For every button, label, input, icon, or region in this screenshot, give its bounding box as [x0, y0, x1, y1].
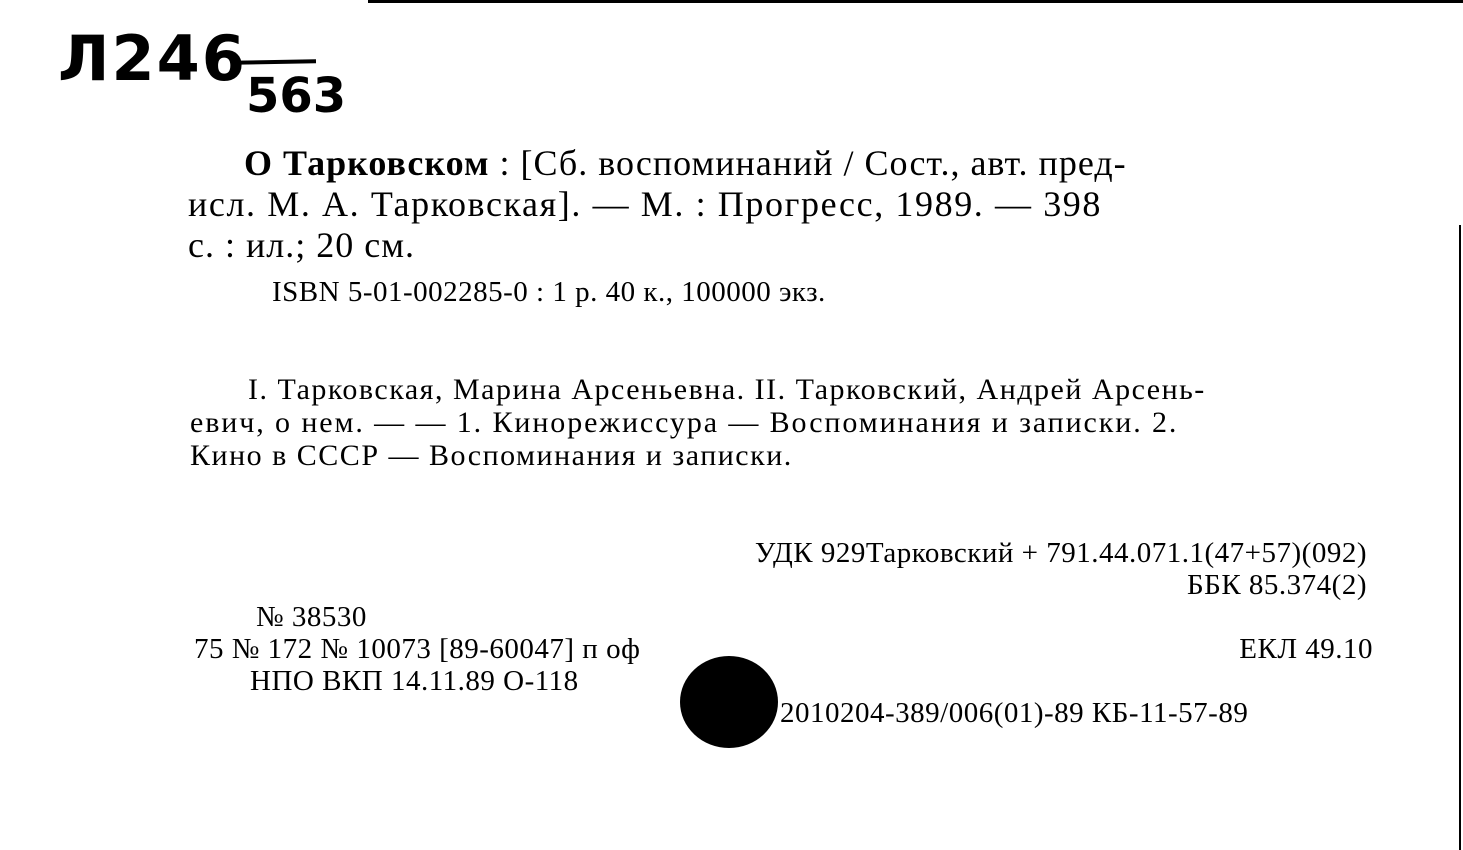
title-entry-line-2: исл. М. А. Тарковская]. — М. : Прогресс,… [188, 184, 1102, 224]
black-stamp-dot [680, 656, 778, 748]
card-right-border [1459, 225, 1461, 850]
title-entry-line-3: с. : ил.; 20 см. [188, 225, 415, 265]
shelf-mark-sub: 563 [246, 68, 346, 124]
title-entry-rest: : [Сб. воспоминаний / Сост., авт. пред- [489, 143, 1126, 183]
ekl-code: ЕКЛ 49.10 [1239, 629, 1373, 669]
bbk-code: ББК 85.374(2) [1187, 565, 1367, 605]
book-title: О Тарковском [244, 143, 489, 183]
catalog-card: Л246 563 О Тарковском : [Сб. воспоминани… [0, 0, 1463, 850]
title-entry-line-1: О Тарковском : [Сб. воспоминаний / Сост.… [244, 143, 1127, 183]
tracing-line-3: Кино в СССР — Воспоминания и записки. [190, 436, 793, 476]
card-top-border [368, 0, 1463, 3]
npo-line: НПО ВКП 14.11.89 О-118 [250, 661, 579, 701]
isbn-line: ISBN 5-01-002285-0 : 1 р. 40 к., 100000 … [272, 272, 826, 312]
shelf-mark-main: Л246 [58, 22, 247, 95]
catalog-code-line: 2010204-389/006(01)-89 КБ-11-57-89 [780, 693, 1248, 733]
shelf-mark-divider [232, 59, 316, 64]
